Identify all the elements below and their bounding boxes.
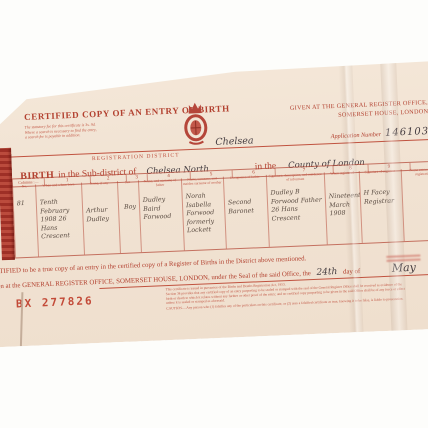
fee-note: The statutory fee for this certificate i… [25, 120, 177, 141]
royal-crest-icon [181, 100, 211, 152]
column-header: Name, if any [82, 181, 117, 187]
cell-informant: Dudley B Forwood Father 26 Hans Crescent [267, 185, 325, 223]
column-header: When and where born [36, 183, 81, 189]
column-header: Name, and surname of father [139, 178, 181, 188]
cell-mother: Norah Isabella Forwood formerly Lockett [182, 190, 225, 236]
cell-entry-number: 81 [14, 198, 36, 209]
serial-number: BX 277826 [16, 294, 94, 310]
table-column-father: Name, and surname of father Dudley Baird… [138, 178, 184, 252]
table-column-mother: Name, surname, and maiden surname of mot… [181, 177, 226, 251]
certificate-document: CERTIFIED COPY OF AN ENTRY OF BIRTH The … [0, 60, 428, 349]
cell-name: Arthur Dudley [83, 194, 119, 224]
table-column-no: No. 81 [12, 185, 38, 258]
table-column-sex: Sex Boy [117, 180, 141, 253]
photo-of-birth-certificate: CERTIFIED COPY OF AN ENTRY OF BIRTH The … [0, 0, 428, 428]
table-column-name-after-registration: Name entered after registration [401, 167, 428, 241]
table-column-informant: Signature, description, and residence of… [266, 172, 327, 246]
cell-sex: Boy [118, 193, 139, 212]
registration-district-value: Chelsea [215, 135, 254, 148]
table-column-occupation: Occupation of father Second Baronet [223, 175, 269, 249]
table-column-name: Name, if any Arthur Dudley [81, 181, 120, 254]
cell-father: Dudley Baird Forwood [139, 191, 182, 222]
column-header: No. [13, 185, 35, 190]
column-header: Name, surname, and maiden surname of mot… [182, 177, 223, 187]
certification-day: 24th [316, 267, 337, 278]
column-header: Sex [118, 180, 138, 185]
cell-occupation: Second Baronet [224, 188, 267, 217]
paper-edge-line [20, 292, 24, 346]
faint-red-note [386, 253, 420, 261]
column-header: Occupation of father [224, 175, 266, 181]
column-header: Name entered after registration [402, 167, 428, 177]
application-number-label: Application Number [331, 131, 382, 140]
table-column-when-where-born: When and where born Tenth February 1908 … [35, 183, 84, 257]
column-header: Signature, description, and residence of… [267, 172, 324, 183]
cell-when-where-born: Tenth February 1908 26 Hans Crescent [37, 196, 84, 242]
